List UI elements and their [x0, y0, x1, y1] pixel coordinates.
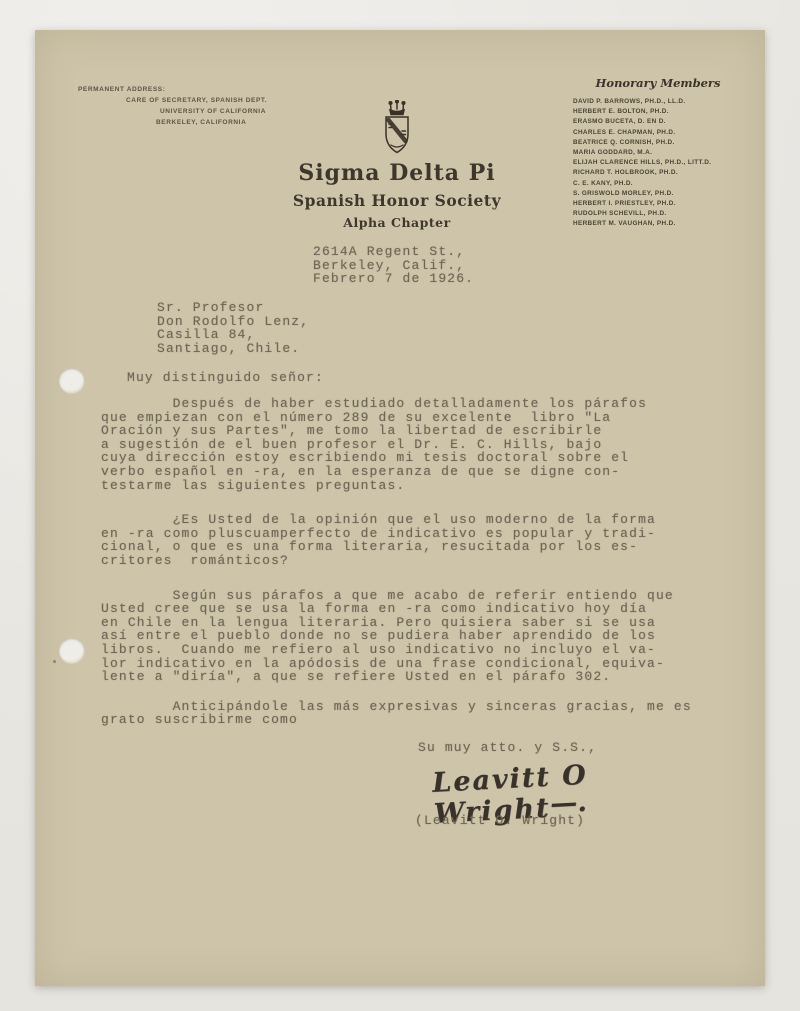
crest-shield-icon — [375, 100, 419, 158]
typed-signature-name: (Leavitt O. Wright) — [415, 814, 585, 828]
honorary-member: S. GRISWOLD MORLEY, PH.D. — [573, 189, 743, 199]
ink-speck — [53, 660, 56, 663]
honorary-members-block: Honorary Members DAVID P. BARROWS, PH.D.… — [573, 76, 743, 230]
punch-hole-top — [59, 368, 85, 394]
honorary-member: HERBERT M. VAUGHAN, PH.D. — [573, 219, 743, 229]
punch-hole-bottom — [59, 638, 85, 664]
honorary-member: C. E. KANY, PH.D. — [573, 179, 743, 189]
paragraph-4: Anticipándole las más expresivas y since… — [101, 700, 711, 727]
honorary-member: RUDOLPH SCHEVILL, PH.D. — [573, 209, 743, 219]
honorary-member: DAVID P. BARROWS, PH.D., LL.D. — [573, 97, 743, 107]
honorary-members-list: DAVID P. BARROWS, PH.D., LL.D. HERBERT E… — [573, 97, 743, 230]
date-address-block: 2614A Regent St., Berkeley, Calif., Febr… — [313, 245, 474, 286]
letter-paper: PERMANENT ADDRESS: CARE OF SECRETARY, SP… — [35, 30, 765, 986]
honorary-member: RICHARD T. HOLBROOK, PH.D. — [573, 168, 743, 178]
honorary-member: CHARLES E. CHAPMAN, PH.D. — [573, 128, 743, 138]
honorary-member: MARIA GODDARD, M.A. — [573, 148, 743, 158]
honorary-member: ELIJAH CLARENCE HILLS, PH.D., LITT.D. — [573, 158, 743, 168]
paragraph-1: Después de haber estudiado detalladament… — [101, 397, 711, 492]
salutation: Muy distinguido señor: — [127, 371, 324, 385]
recipient-block: Sr. Profesor Don Rodolfo Lenz, Casilla 8… — [157, 301, 309, 355]
honorary-member: HERBERT I. PRIESTLEY, PH.D. — [573, 199, 743, 209]
letter-body: Después de haber estudiado detalladament… — [101, 397, 711, 748]
honorary-member: HERBERT E. BOLTON, PH.D. — [573, 107, 743, 117]
paragraph-3: Según sus párafos a que me acabo de refe… — [101, 589, 711, 684]
honorary-members-heading: Honorary Members — [573, 76, 743, 90]
permanent-address-label: PERMANENT ADDRESS: — [78, 84, 267, 95]
honorary-member: ERASMO BUCETA, D. EN D. — [573, 117, 743, 127]
complimentary-close: Su muy atto. y S.S., — [418, 741, 597, 755]
paragraph-2: ¿Es Usted de la opinión que el uso moder… — [101, 513, 711, 567]
honorary-member: BEATRICE Q. CORNISH, PH.D. — [573, 138, 743, 148]
